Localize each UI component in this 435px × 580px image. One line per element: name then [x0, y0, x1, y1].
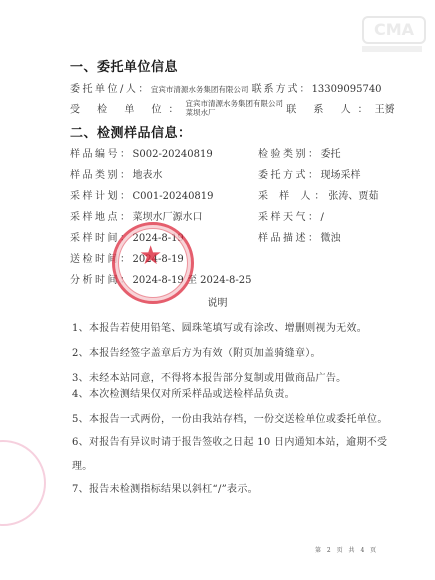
commission-method-value: 现场采样	[321, 170, 361, 181]
sample-category-row: 样品类别：地表水	[70, 166, 163, 181]
sampling-plan-value: C001-20240819	[133, 191, 214, 202]
client-value: 宜宾市清源水务集团有限公司	[151, 85, 249, 94]
page-indicator: 第 2 页 共 4 页	[315, 545, 378, 554]
sample-number-row: 样品编号：S002-20240819	[70, 145, 213, 160]
weather-label: 采样天气：	[258, 212, 321, 223]
delivery-time-row: 送检时间：2024-8-19	[70, 250, 184, 265]
section-client-title: 一、委托单位信息	[70, 56, 178, 75]
note-item: 2、本报告经签字盖章后方为有效（附页加盖骑缝章）。	[72, 344, 321, 359]
inspected-label: 受 检 单 位：	[70, 105, 186, 116]
sample-number-value: S002-20240819	[133, 149, 213, 160]
note-item: 6、对报告有异议时请于报告签收之日起 10 日内通知本站，逾期不受	[72, 433, 387, 448]
commission-method-row: 委托方式：现场采样	[258, 166, 361, 181]
analysis-time-label: 分析时间：	[70, 275, 133, 286]
inspected-row: 受 检 单 位：宜宾市清源水务集团有限公司菜坝水厂 联 系 人：王赟	[70, 99, 395, 117]
note-item: 理。	[72, 457, 93, 472]
inspection-type-value: 委托	[321, 149, 341, 160]
sampling-time-label: 采样时间：	[70, 233, 133, 244]
sampling-plan-label: 采样计划：	[70, 191, 133, 202]
sample-description-row: 样品描述：微浊	[258, 229, 341, 244]
inspected-value-line2: 菜坝水厂	[186, 108, 216, 117]
sampler-row: 采 样 人：张涛、贾茹	[258, 187, 378, 202]
contact-method-value: 13309095740	[312, 84, 382, 95]
sampling-plan-row: 采样计划：C001-20240819	[70, 187, 214, 202]
sample-category-value: 地表水	[133, 170, 163, 181]
sampler-label: 采 样 人：	[258, 191, 328, 202]
sampler-value: 张涛、贾茹	[328, 191, 378, 202]
delivery-time-value: 2024-8-19	[133, 254, 184, 265]
sampling-location-row: 采样地点：菜坝水厂源水口	[70, 208, 203, 223]
note-item: 5、本报告一式两份，一份由我站存档，一份交送检单位或委托单位。	[72, 410, 388, 425]
cma-logo: CMA	[362, 16, 426, 44]
sample-description-label: 样品描述：	[258, 233, 321, 244]
inspection-type-label: 检验类别：	[258, 149, 321, 160]
note-item: 3、未经本站同意，不得将本报告部分复制或用做商品广告。	[72, 369, 346, 384]
commission-method-label: 委托方式：	[258, 170, 321, 181]
contact-person-label: 联 系 人：	[286, 105, 374, 116]
analysis-time-value: 2024-8-19 至 2024-8-25	[133, 275, 252, 286]
note-item: 4、本次检测结果仅对所采样品或送检样品负责。	[72, 385, 295, 400]
sampling-time-value: 2024-8-19	[133, 233, 184, 244]
sampling-time-row: 采样时间：2024-8-19	[70, 229, 184, 244]
sampling-location-label: 采样地点：	[70, 212, 133, 223]
inspection-type-row: 检验类别：委托	[258, 145, 341, 160]
inspected-value-line1: 宜宾市清源水务集团有限公司	[186, 99, 284, 108]
report-page: CMA 一、委托单位信息 委托单位/人：宜宾市清源水务集团有限公司 联系方式：1…	[0, 0, 435, 580]
weather-row: 采样天气：/	[258, 208, 324, 223]
contact-method-label: 联系方式：	[252, 84, 312, 95]
section-sample-title: 二、检测样品信息：	[70, 122, 192, 141]
weather-value: /	[321, 212, 324, 223]
sampling-location-value: 菜坝水厂源水口	[133, 212, 203, 223]
note-item: 7、报告未检测指标结果以斜杠“/”表示。	[72, 480, 258, 495]
contact-person-value: 王赟	[375, 105, 395, 116]
client-row: 委托单位/人：宜宾市清源水务集团有限公司 联系方式：13309095740	[70, 80, 382, 95]
analysis-time-row: 分析时间：2024-8-19 至 2024-8-25	[70, 271, 251, 286]
note-item: 1、本报告若使用铅笔、圆珠笔填写或有涂改、增删则视为无效。	[72, 319, 367, 334]
logo-subtitle	[362, 46, 422, 52]
notes-title: 说明	[0, 294, 435, 309]
client-label: 委托单位/人：	[70, 84, 151, 95]
sample-description-value: 微浊	[321, 233, 341, 244]
inspected-value: 宜宾市清源水务集团有限公司菜坝水厂	[186, 99, 284, 117]
sample-category-label: 样品类别：	[70, 170, 133, 181]
riding-seal-edge	[0, 440, 46, 526]
delivery-time-label: 送检时间：	[70, 254, 133, 265]
sample-number-label: 样品编号：	[70, 149, 133, 160]
